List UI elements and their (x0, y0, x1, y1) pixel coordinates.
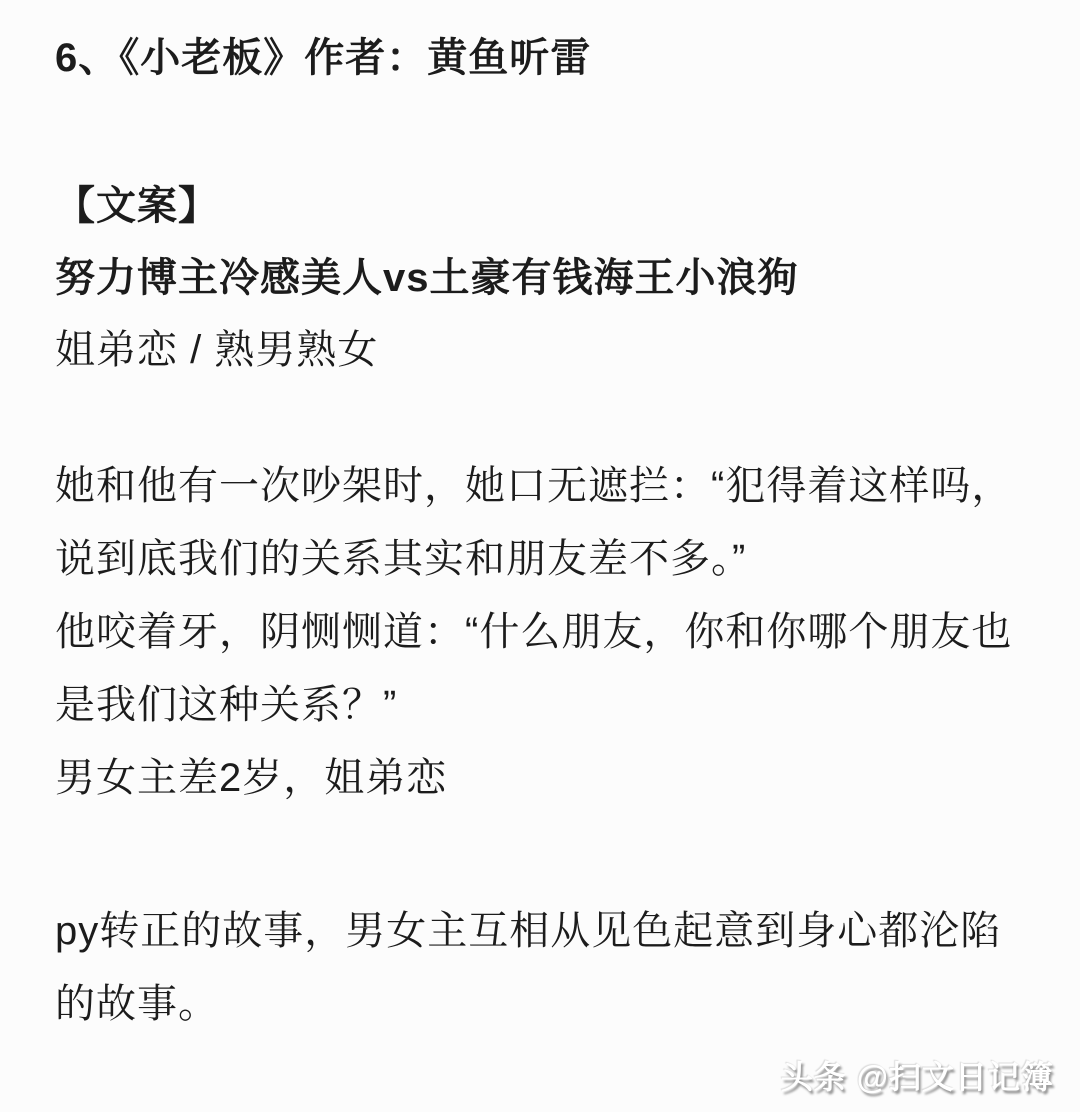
paragraph-line: 的故事。 (55, 968, 1001, 1041)
book-title-line: 6、《小老板》作者：黄鱼听雷 (55, 30, 591, 86)
paragraph-line: 她和他有一次吵架时，她口无遮拦：“犯得着这样吗， (55, 450, 1012, 523)
synopsis-section-label: 【文案】 (55, 178, 219, 234)
paragraph-line: 说到底我们的关系其实和朋友差不多。” (55, 523, 1012, 596)
paragraph-line: py转正的故事，男女主互相从见色起意到身心都沦陷 (55, 895, 1001, 968)
book-tags: 姐弟恋 / 熟男熟女 (55, 322, 378, 378)
paragraph-line: 男女主差2岁，姐弟恋 (55, 742, 1012, 815)
paragraph-line: 是我们这种关系？” (55, 669, 1012, 742)
book-tagline: 努力博主冷感美人vs土豪有钱海王小浪狗 (55, 250, 799, 306)
synopsis-paragraph-2: py转正的故事，男女主互相从见色起意到身心都沦陷 的故事。 (55, 895, 1001, 1041)
paragraph-line: 他咬着牙，阴恻恻道：“什么朋友，你和你哪个朋友也 (55, 596, 1012, 669)
synopsis-paragraph-1: 她和他有一次吵架时，她口无遮拦：“犯得着这样吗， 说到底我们的关系其实和朋友差不… (55, 450, 1012, 815)
toutiao-watermark: 头条 @扫文日记簿 (781, 1052, 1054, 1098)
article-page: 6、《小老板》作者：黄鱼听雷 【文案】 努力博主冷感美人vs土豪有钱海王小浪狗 … (0, 0, 1080, 1112)
